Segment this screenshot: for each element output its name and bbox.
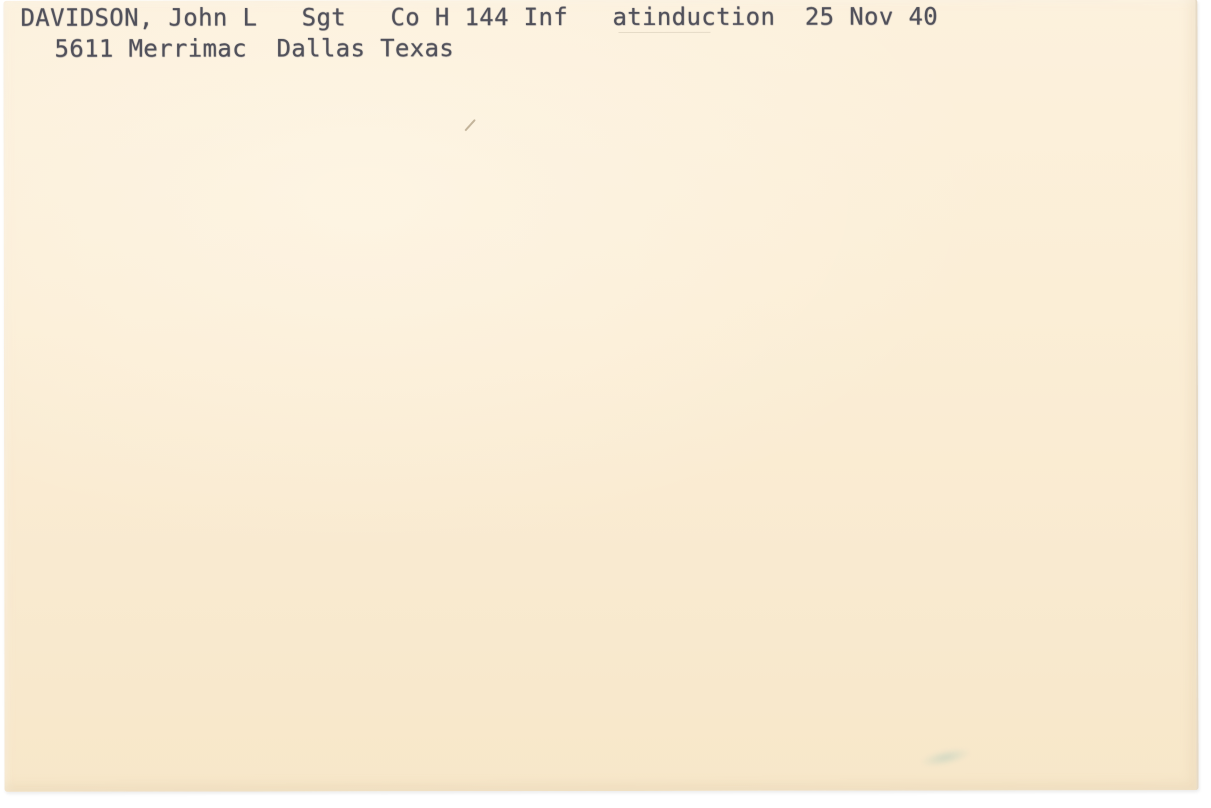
index-card: DAVIDSON, John L Sgt Co H 144 Inf atindu…	[3, 0, 1198, 792]
scan-artifact-line	[618, 32, 710, 33]
ink-smudge	[918, 744, 972, 771]
card-text-line-2: 5611 Merrimac Dallas Texas	[54, 34, 454, 63]
scan-background: DAVIDSON, John L Sgt Co H 144 Inf atindu…	[0, 0, 1211, 808]
pen-mark	[464, 119, 476, 131]
card-text-line-1: DAVIDSON, John L Sgt Co H 144 Inf atindu…	[20, 3, 938, 32]
